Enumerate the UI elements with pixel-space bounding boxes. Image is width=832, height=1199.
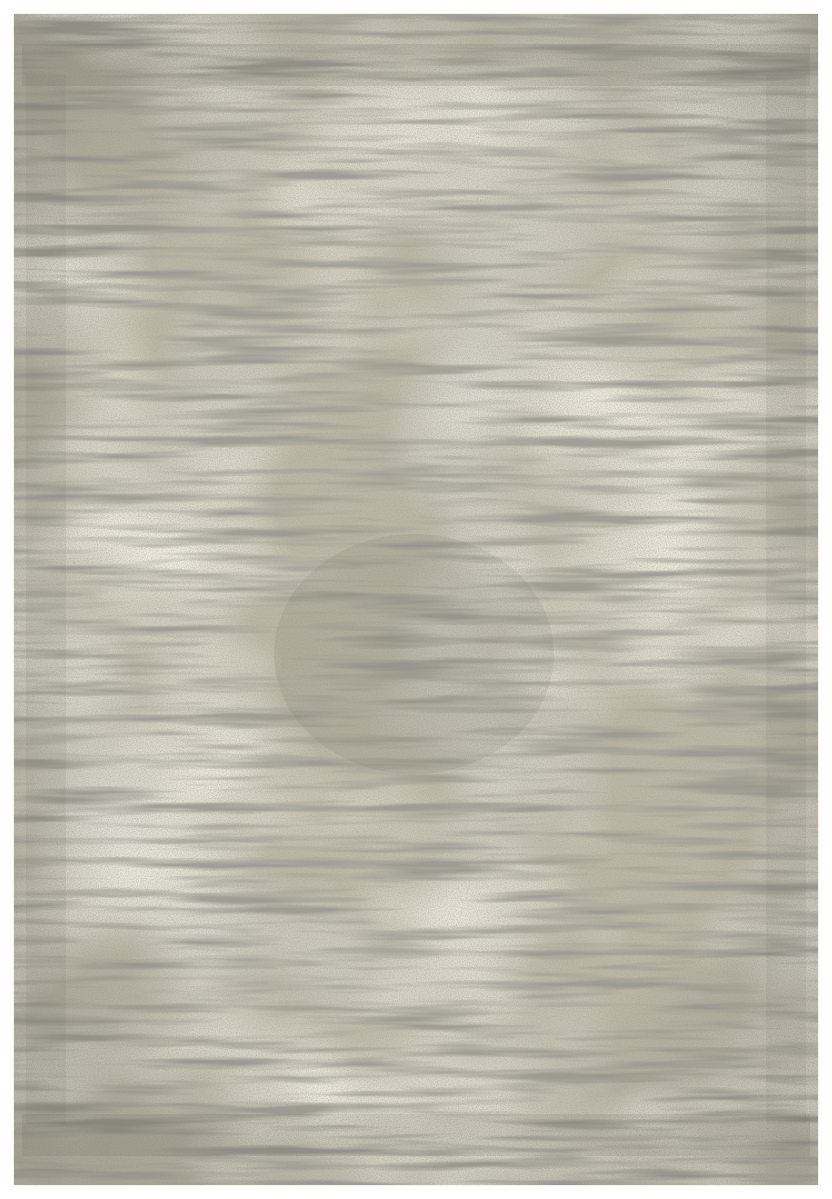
rug-image: Distressed vintage-style area rug, top-d… — [14, 14, 818, 1185]
rug-texture — [14, 14, 818, 1185]
